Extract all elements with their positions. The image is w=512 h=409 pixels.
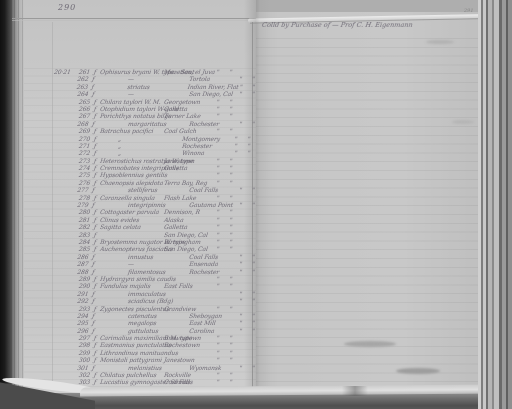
specimen-number: 282 [69,224,90,231]
species-name: Batrachus pacifici [99,128,164,135]
ledger-row: 290 ƒ Fundulus majalis East Falls " " [0,283,261,290]
ditto-mark: " [223,224,238,231]
header-rule-line-light [12,20,256,21]
ditto-mark: " [223,172,238,179]
ditto-mark: " [223,342,238,349]
ditto-mark: " [223,158,238,165]
gutter-bottom-dip [342,386,368,396]
ledger-row: 264 ƒ — San Diego, Cal " " [0,91,261,98]
ditto-mark: " [246,328,260,335]
ledger-row: 273 ƒ Heterostichus rostratus W. type Ja… [0,158,261,165]
ditto-mark: " [246,261,260,268]
specimen-number: 283 [69,232,90,239]
ledger-row: 285 ƒ Auchenopterus fasciatus San Diego,… [0,246,261,253]
ledger-row: 265 ƒ Chilara taylori W. M. Georgetown "… [0,99,261,106]
locality: San Diego, Cal [189,91,236,98]
locality: San Diego, Cal [163,232,212,239]
ditto-mark: " [246,365,260,372]
specimen-number: 288 [69,269,89,276]
ditto-mark: " [246,91,260,98]
ditto-mark: " [241,150,256,157]
ledger-row: 298 ƒ Eastmanius punctulatus Rochestown … [0,342,261,349]
specimen-number: 300 [69,357,90,364]
specimen-number: 273 [69,158,90,165]
species-name: — [97,91,189,98]
edge-streak [508,0,512,409]
locality: Galletta [163,224,212,231]
species-name: Eastmanius punctulatus [99,342,164,349]
ledger-row: 282 ƒ Sagitta celata Galletta " " [0,224,261,231]
ditto-mark: " [223,283,238,290]
locality: Ensenada [189,261,236,268]
smudge [452,120,474,124]
ditto-mark: " [246,187,260,194]
ditto-mark: " [223,113,238,120]
specimen-number: 287 [69,261,89,268]
ledger-row: 275 ƒ Hypsoblennius gentilis " " [0,172,261,179]
ditto-mark: " [246,76,260,83]
locality: Winona [181,150,230,157]
species-name: filamentosus [97,269,189,276]
locality: Coal Falls [189,187,236,194]
locality: Rochester [189,269,236,276]
smudge [426,40,454,44]
specimen-number: 290 [69,283,90,290]
specimen-number: 292 [69,298,89,305]
locality: East Mill [189,320,236,327]
ditto-mark: " [223,195,238,202]
ledger-row: 300 ƒ Monistali pattygrami Janestown " " [0,357,261,364]
ditto-mark: " [246,291,260,298]
species-name: Auchenopterus fasciatus [99,246,164,253]
ledger-row: 287 ƒ — Ensenada " " [0,261,261,268]
header-rule-line [12,18,256,19]
ledger-row: 278 ƒ Caranzella singula Flash Lake " " [0,195,261,202]
ditto-mark: " [223,306,238,313]
specimen-number: 293 [69,306,90,313]
ledger-row: 262 ƒ — Tortola " " [0,76,261,83]
locality: Flash Lake [163,195,212,202]
specimen-number: 278 [69,195,90,202]
locality: Tortola [189,76,236,83]
specimen-number: 277 [69,187,89,194]
specimen-number: 262 [69,76,89,83]
species-name: Porichthys notatus bilge [99,113,164,120]
locality: Rochestown [163,342,212,349]
ditto-mark: " [223,128,238,135]
locality: East Falls [163,283,212,290]
collector-note: Colld by Purchase of — Prof C. H. Eigenm… [261,21,492,29]
ruled-lines-right [256,38,480,388]
species-name: Sagitta celata [99,224,164,231]
species-name: Zygonectes pisculentus [99,306,164,313]
ledger-row: 295 ƒ megalops East Mill " " [0,320,261,327]
locality: Georgetown [163,99,212,106]
ditto-mark: " [246,298,260,305]
ledger-rows: 20·21 261 ƒ Ophisurus bryani W. type – S… [0,69,260,394]
specimen-number: 269 [69,128,90,135]
specimen-number: 264 [69,91,89,98]
locality: Wyomansk [189,365,236,372]
specimen-number: 270 [69,136,90,143]
ditto-mark: " [223,246,238,253]
ledger-row: 296 ƒ guttulatus Carolina " " [0,328,261,335]
page-number-right: 291 [464,8,474,14]
species-name: — [97,76,189,83]
species-name: sciadicus (Bdg) [97,298,189,305]
right-page [256,12,480,396]
specimen-number: 285 [69,246,90,253]
ledger-row: 301 ƒ melanistius Wyomansk " " [0,365,261,372]
ditto-mark: " [223,209,238,216]
species-name: Cottogaster parvula [99,209,164,216]
species-name: Lucastius gymnogaster Similis [99,379,164,386]
species-name: Caranzella singula [99,195,164,202]
tally-mark: ƒ [89,232,100,239]
species-name: Heterostichus rostratus W. type [99,158,164,165]
right-page-edge-stack [478,0,512,409]
ledger-row: 288 ƒ filamentosus Rochester " " [0,269,261,276]
specimen-number: 280 [69,209,90,216]
smudge [396,368,440,374]
locality: Janestown [163,357,212,364]
specimen-number: 298 [69,342,90,349]
locality: Janestown [163,158,212,165]
specimen-number: 275 [69,172,90,179]
ledger-row: 272 ƒ „ Winona " " [0,150,261,157]
ledger-row: 293 ƒ Zygonectes pisculentus Grandview "… [0,306,261,313]
specimen-number: 296 [69,328,89,335]
species-name: Monistali pattygrami [99,357,164,364]
specimen-number: 291 [69,291,89,298]
locality: Carolina [189,328,236,335]
ditto-mark: " [229,136,242,143]
locality: Turner Lake [163,113,212,120]
ditto-mark: " [223,357,238,364]
scanned-ledger-photo: 290 291 Colld by Purchase of — Prof C. H… [0,0,512,409]
species-name: megalops [97,320,189,327]
species-name: Fundulus majalis [99,283,164,290]
specimen-number: 301 [69,365,89,372]
ledger-row: 280 ƒ Cottogaster parvula Dennison, R " … [0,209,261,216]
ledger-row: 269 ƒ Batrachus pacifici Coal Gulch " " [0,128,261,135]
ditto-mark: " [211,306,224,313]
locality: Grandview [163,306,212,313]
species-name: Chilara taylori W. M. [99,99,164,106]
species-name: Hypsoblennius gentilis [99,172,164,179]
species-name: „ [99,136,182,143]
ditto-mark: " [223,99,238,106]
species-name: — [97,261,189,268]
ledger-row: 270 ƒ „ Montgomery " " [0,136,261,143]
specimen-number: 272 [69,150,90,157]
ditto-mark: " [241,136,256,143]
specimen-number: 295 [69,320,89,327]
specimen-number: 267 [69,113,90,120]
ledger-row: 292 ƒ sciadicus (Bdg) " " [0,298,261,305]
ledger-row: 277 ƒ stelliferus Coal Falls " " [0,187,261,194]
species-name: stelliferus [97,187,189,194]
species-name: „ [99,150,182,157]
locality: Coal Gulch [163,128,212,135]
locality: San Diego, Cal [163,246,212,253]
species-name: melanistius [97,365,189,372]
ledger-row: 267 ƒ Porichthys notatus bilge Turner La… [0,113,261,120]
ledger-row: 283 ƒ San Diego, Cal " " [0,232,261,239]
locality: Dennison, R [163,209,212,216]
page-number-left: 290 [58,3,76,12]
smudge [344,341,396,347]
specimen-number: 265 [69,99,90,106]
ditto-mark: " [223,232,238,239]
locality: Montgomery [181,136,230,143]
species-name: guttulatus [97,328,189,335]
ditto-mark: " [246,320,260,327]
ditto-mark: " [246,269,260,276]
species-name: immaculatus [97,291,189,298]
ledger-row: 291 ƒ immaculatus " " [0,291,261,298]
